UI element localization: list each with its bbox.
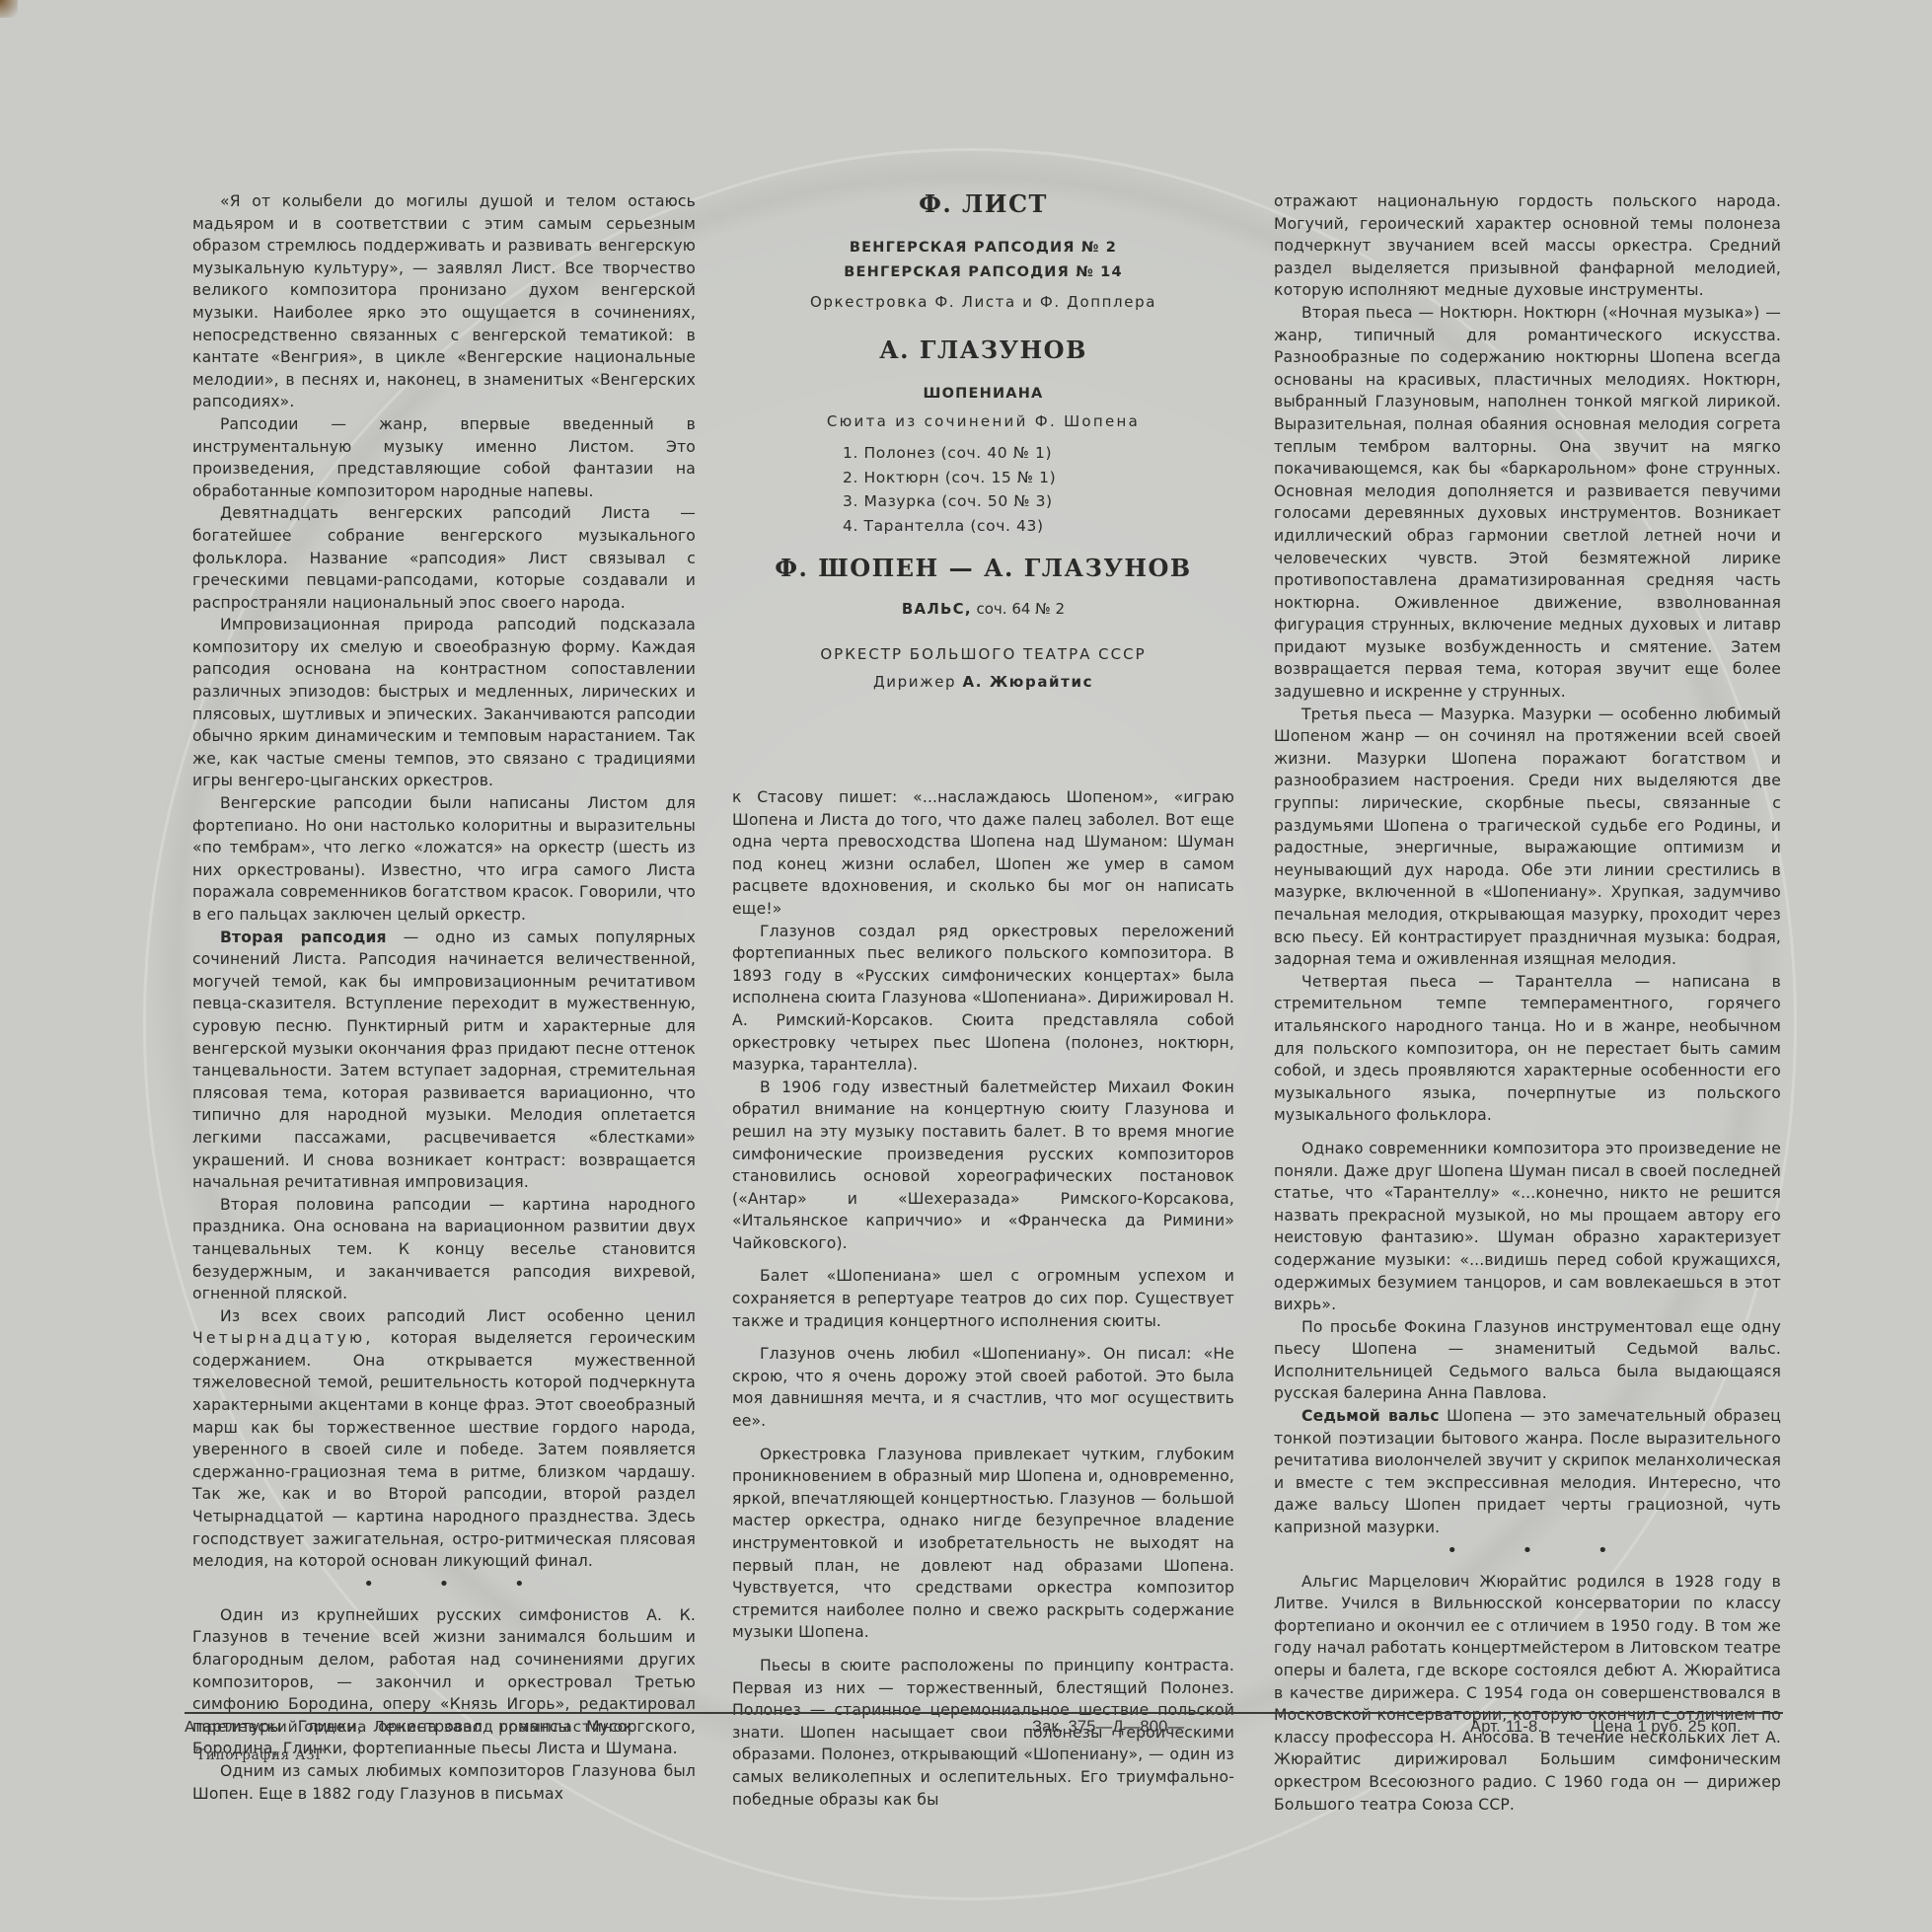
paragraph: Импровизационная природа рапсодий подска… [192,614,696,792]
corner-stain [0,0,18,18]
work-waltz-opus: соч. 64 № 2 [972,600,1065,618]
right-text-column: отражают национальную гордость польского… [1274,190,1781,1816]
paragraph-second-rhapsody: Вторая рапсодия — одно из самых популярн… [192,927,696,1194]
paragraph: Рапсодии — жанр, впервые введенный в инс… [192,413,696,502]
paragraph: отражают национальную гордость польского… [1274,190,1781,302]
section-separator: • • • [1274,1543,1781,1559]
track-item: 3. Мазурка (соч. 50 № 3) [843,489,1234,514]
paragraph-text: которая выделяется героическим содержани… [192,1329,696,1570]
paragraph: Четвертая пьеса — Тарантелла — написана … [1274,971,1781,1127]
paragraph: Один из крупнейших русских симфонистов А… [192,1604,696,1760]
paragraph-fourteenth-rhapsody: Из всех своих рапсодий Лист особенно цен… [192,1305,696,1573]
composer-liszt: Ф. ЛИСТ [732,189,1234,218]
paragraph: Вторая половина рапсодии — картина народ… [192,1194,696,1305]
paragraph-text: Шопена — это замечательный образец тонко… [1274,1407,1781,1536]
track-item: 2. Ноктюрн (соч. 15 № 1) [843,466,1234,490]
work-rhapsody-14: ВЕНГЕРСКАЯ РАПСОДИЯ № 14 [732,260,1234,285]
work-chopiniana: ШОПЕНИАНА [732,382,1234,407]
paragraph: Одним из самых любимых композиторов Глаз… [192,1760,696,1805]
work-chopiniana-subtitle: Сюита из сочинений Ф. Шопена [732,409,1234,433]
paragraph: Вторая пьеса — Ноктюрн. Ноктюрн («Ночная… [1274,302,1781,704]
paragraph-text: Из всех своих рапсодий Лист особенно цен… [220,1307,696,1325]
work-rhapsody-2: ВЕНГЕРСКАЯ РАПСОДИЯ № 2 [732,236,1234,260]
spaced-emphasis: Четырнадцатую, [192,1329,373,1347]
track-list: 1. Полонез (соч. 40 № 1) 2. Ноктюрн (соч… [843,441,1234,538]
paragraph: Однако современники композитора это прои… [1274,1138,1781,1316]
manufacturer-imprint: Апрелевский ордена Ленина завод грамплас… [185,1718,633,1736]
paragraph: к Стасову пишет: «...наслаждаюсь Шопеном… [732,786,1234,921]
price: Цена 1 руб. 25 коп. [1593,1718,1742,1737]
paragraph: Третья пьеса — Мазурка. Мазурки — особен… [1274,704,1781,971]
section-separator: • • • [192,1577,696,1593]
paragraph: Глазунов очень любил «Шопениану». Он пис… [732,1343,1234,1432]
conductor-label: Дирижер [873,673,963,691]
paragraph: В 1906 году известный балетмейстер Михаи… [732,1077,1234,1255]
paragraph: «Я от колыбели до могилы душой и телом о… [192,190,696,413]
left-text-column: «Я от колыбели до могилы душой и телом о… [192,190,696,1805]
paragraph-conductor-bio: Альгис Марцелович Жюрайтис родился в 192… [1274,1571,1781,1817]
order-number: Зак. 375—Д—800— [1032,1718,1184,1737]
bold-lead: Вторая рапсодия [220,929,387,946]
conductor-credit: Дирижер А. Жюрайтис [732,670,1234,694]
paragraph: Девятнадцать венгерских рапсодий Листа —… [192,502,696,614]
track-item: 1. Полонез (соч. 40 № 1) [843,441,1234,466]
paragraph: Балет «Шопениана» шел с огромным успехом… [732,1265,1234,1332]
paragraph: По просьбе Фокина Глазунов инструментова… [1274,1316,1781,1405]
article-number: Арт. 11-8. [1470,1718,1542,1737]
conductor-name: А. Жюрайтис [963,673,1094,691]
bold-lead: Седьмой вальс [1301,1407,1440,1425]
paragraph-seventh-waltz: Седьмой вальс Шопена — это замечательный… [1274,1405,1781,1539]
orchestra-name: ОРКЕСТР БОЛЬШОГО ТЕАТРА СССР [732,642,1234,666]
paragraph: Глазунов создал ряд оркестровых переложе… [732,921,1234,1077]
work-waltz-title: ВАЛЬС, [902,600,972,618]
program-header: Ф. ЛИСТ ВЕНГЕРСКАЯ РАПСОДИЯ № 2 ВЕНГЕРСК… [732,187,1234,694]
composer-chopin-glazunov: Ф. ШОПЕН — А. ГЛАЗУНОВ [732,554,1234,582]
printer-imprint: Типография АЗГ [196,1747,325,1763]
footer-divider [185,1712,1783,1714]
paragraph: Оркестровка Глазунова привлекает чутким,… [732,1444,1234,1644]
paragraph: Венгерские рапсодии были написаны Листом… [192,792,696,927]
orchestration-credit: Оркестровка Ф. Листа и Ф. Допплера [732,290,1234,314]
paragraph-text: — одно из самых популярных сочинений Лис… [192,929,696,1192]
middle-text-column: к Стасову пишет: «...наслаждаюсь Шопеном… [732,786,1234,1811]
work-waltz: ВАЛЬС, соч. 64 № 2 [732,600,1234,618]
composer-glazunov: А. ГЛАЗУНОВ [732,335,1234,364]
track-item: 4. Тарантелла (соч. 43) [843,514,1234,539]
